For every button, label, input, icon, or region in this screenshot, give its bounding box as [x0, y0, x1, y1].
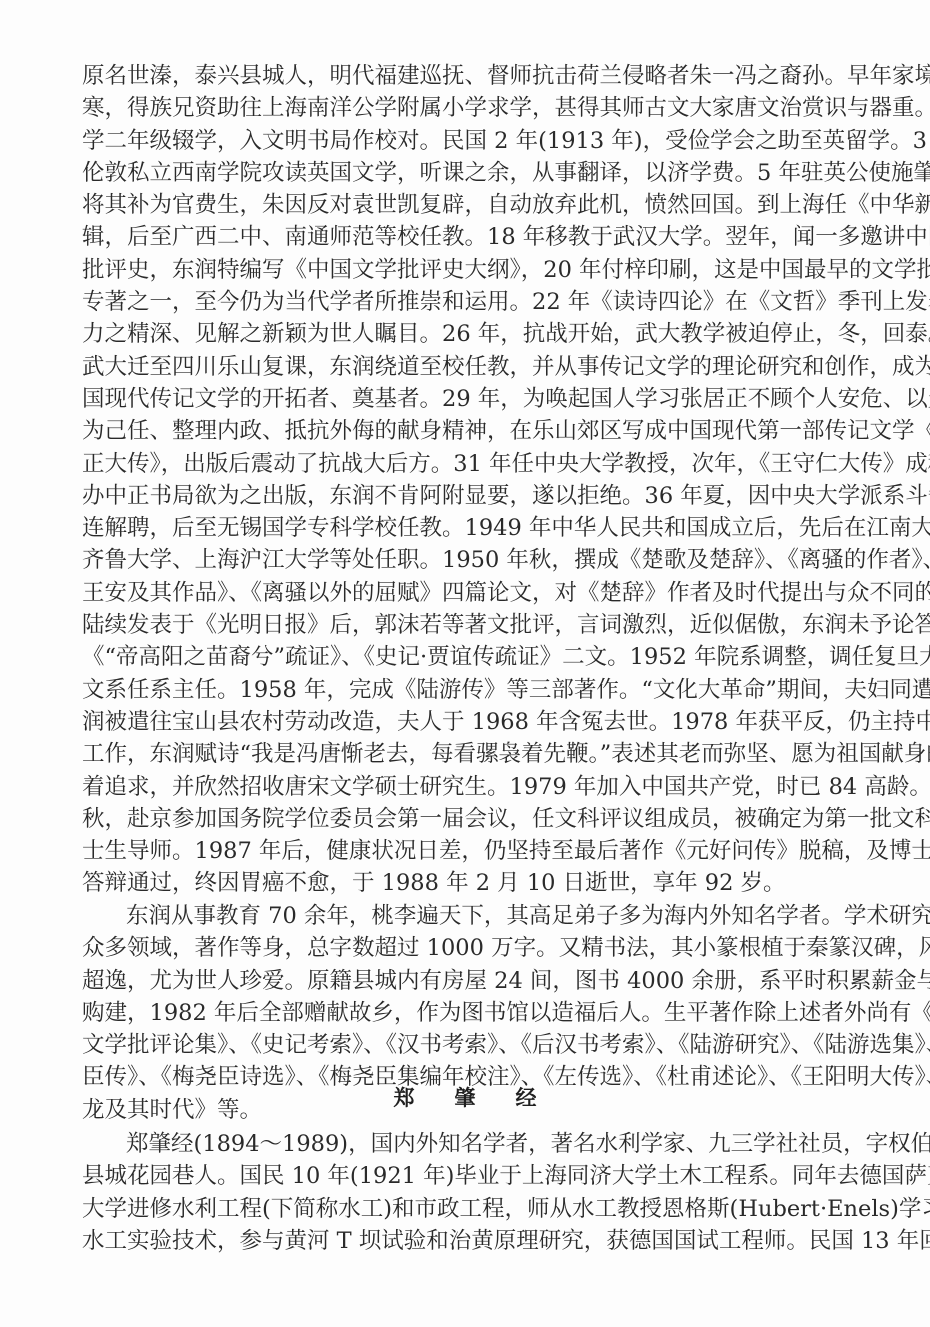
text-line: 批评史，东润特编写《中国文学批评史大纲》，20 年付梓印刷，这是中国最早的文学批… — [82, 254, 848, 286]
text-line: 大学进修水利工程(下简称水工)和市政工程，师从水工教授恩格斯(Hubert·En… — [82, 1193, 848, 1225]
text-line: 水工实验技术，参与黄河 T 坝试验和治黄原理研究，获德国国试工程师。民国 13 … — [82, 1225, 848, 1257]
heading-char: 肇 — [455, 1086, 496, 1110]
text-line: 力之精深、见解之新颖为世人瞩目。26 年，抗战开始，武大教学被迫停止，冬，回泰。… — [82, 318, 848, 350]
document-page: 原名世溱，泰兴县城人，明代福建巡抚、督师抗击荷兰侵略者朱一冯之裔孙。早年家境清 … — [0, 0, 930, 1327]
text-line: 《“帝高阳之苗裔兮”疏证》、《史记·贾谊传疏证》二文。1952 年院系调整，调任… — [82, 641, 848, 673]
biography-paragraph-zheng: 郑肇经(1894～1989)，国内外知名学者，著名水利学家、九三学社社员，字权伯… — [82, 1128, 848, 1257]
text-line: 超逸，尤为世人珍爱。原籍县城内有房屋 24 间，图书 4000 余册，系平时积累… — [82, 965, 848, 997]
text-line: 原名世溱，泰兴县城人，明代福建巡抚、督师抗击荷兰侵略者朱一冯之裔孙。早年家境清 — [82, 60, 848, 92]
heading-char: 经 — [516, 1086, 557, 1110]
text-line: 答辩通过，终因胃癌不愈，于 1988 年 2 月 10 日逝世，享年 92 岁。 — [82, 867, 848, 899]
text-line: 文系任系主任。1958 年，完成《陆游传》等三部著作。“文化大革命”期间，夫妇同… — [82, 674, 848, 706]
text-line: 购建，1982 年后全部赠献故乡，作为图书馆以造福后人。生平著作除上述者外尚有《… — [82, 997, 848, 1029]
text-line: 士生导师。1987 年后，健康状况日差，仍坚持至最后著作《元好问传》脱稿，及博士… — [82, 835, 848, 867]
text-line: 正大传》，出版后震动了抗战大后方。31 年任中央大学教授，次年，《王守仁大传》成… — [82, 448, 848, 480]
text-line: 寒，得族兄资助往上海南洋公学附属小学求学，甚得其师古文大家唐文治赏识与器重。中 — [82, 92, 848, 124]
text-line: 郑肇经(1894～1989)，国内外知名学者，著名水利学家、九三学社社员，字权伯… — [82, 1128, 848, 1160]
text-line: 东润从事教育 70 余年，桃李遍天下，其高足弟子多为海内外知名学者。学术研究涉及 — [82, 900, 848, 932]
text-line: 武大迁至四川乐山复课，东润绕道至校任教，并从事传记文学的理论研究和创作，成为中 — [82, 351, 848, 383]
text-line: 众多领域，著作等身，总字数超过 1000 万字。又精书法，其小篆根植于秦篆汉碑，… — [82, 932, 848, 964]
text-line: 县城花园巷人。国民 10 年(1921 年)毕业于上海同济大学土木工程系。同年去… — [82, 1160, 848, 1192]
text-line: 陆续发表于《光明日报》后，郭沫若等著文批评，言词激烈，近似倨傲，东润未予论答，续… — [82, 609, 848, 641]
section-heading: 郑肇经 — [0, 1080, 930, 1116]
text-line: 秋，赴京参加国务院学位委员会第一届会议，任文科评议组成员，被确定为第一批文科博 — [82, 803, 848, 835]
text-line: 专著之一，至今仍为当代学者所推崇和运用。22 年《读诗四论》在《文哲》季刊上发表… — [82, 286, 848, 318]
text-line: 伦敦私立西南学院攻读英国文学，听课之余，从事翻译，以济学费。5 年驻英公使施肇基… — [82, 157, 848, 189]
text-line: 学二年级辍学，入文明书局作校对。民国 2 年(1913 年)，受俭学会之助至英留… — [82, 125, 848, 157]
text-line: 连解聘，后至无锡国学专科学校任教。1949 年中华人民共和国成立后，先后在江南大… — [82, 512, 848, 544]
text-line: 润被遣往宝山县农村劳动改造，夫人于 1968 年含冤去世。1978 年获平反，仍… — [82, 706, 848, 738]
text-line: 为己任、整理内政、抵抗外侮的献身精神，在乐山郊区写成中国现代第一部传记文学《张居 — [82, 415, 848, 447]
heading-char: 郑 — [394, 1086, 435, 1110]
text-line: 着追求，并欣然招收唐宋文学硕士研究生。1979 年加入中国共产党，时已 84 高… — [82, 771, 848, 803]
text-line: 工作，东润赋诗“我是冯唐惭老去，每看骡袅着先鞭。”表述其老而弥坚、愿为祖国献身的… — [82, 738, 848, 770]
text-line: 办中正书局欲为之出版，东润不肯阿附显要，遂以拒绝。36 年夏，因中央大学派系斗争… — [82, 480, 848, 512]
biography-paragraph-1: 原名世溱，泰兴县城人，明代福建巡抚、督师抗击荷兰侵略者朱一冯之裔孙。早年家境清 … — [82, 60, 848, 900]
text-line: 辑，后至广西二中、南通师范等校任教。18 年移教于武汉大学。翌年，闻一多邀讲中国… — [82, 221, 848, 253]
text-line: 国现代传记文学的开拓者、奠基者。29 年，为唤起国人学习张居正不顾个人安危、以天… — [82, 383, 848, 415]
text-line: 王安及其作品》、《离骚以外的屈赋》四篇论文，对《楚辞》作者及时代提出与众不同的观… — [82, 577, 848, 609]
text-line: 文学批评论集》、《史记考索》、《汉书考索》、《后汉书考索》、《陆游研究》、《陆游… — [82, 1029, 848, 1061]
text-line: 齐鲁大学、上海沪江大学等处任职。1950 年秋，撰成《楚歌及楚辞》、《离骚的作者… — [82, 544, 848, 576]
text-line: 将其补为官费生，朱因反对袁世凯复辟，自动放弃此机，愤然回国。到上海任《中华新报》… — [82, 189, 848, 221]
